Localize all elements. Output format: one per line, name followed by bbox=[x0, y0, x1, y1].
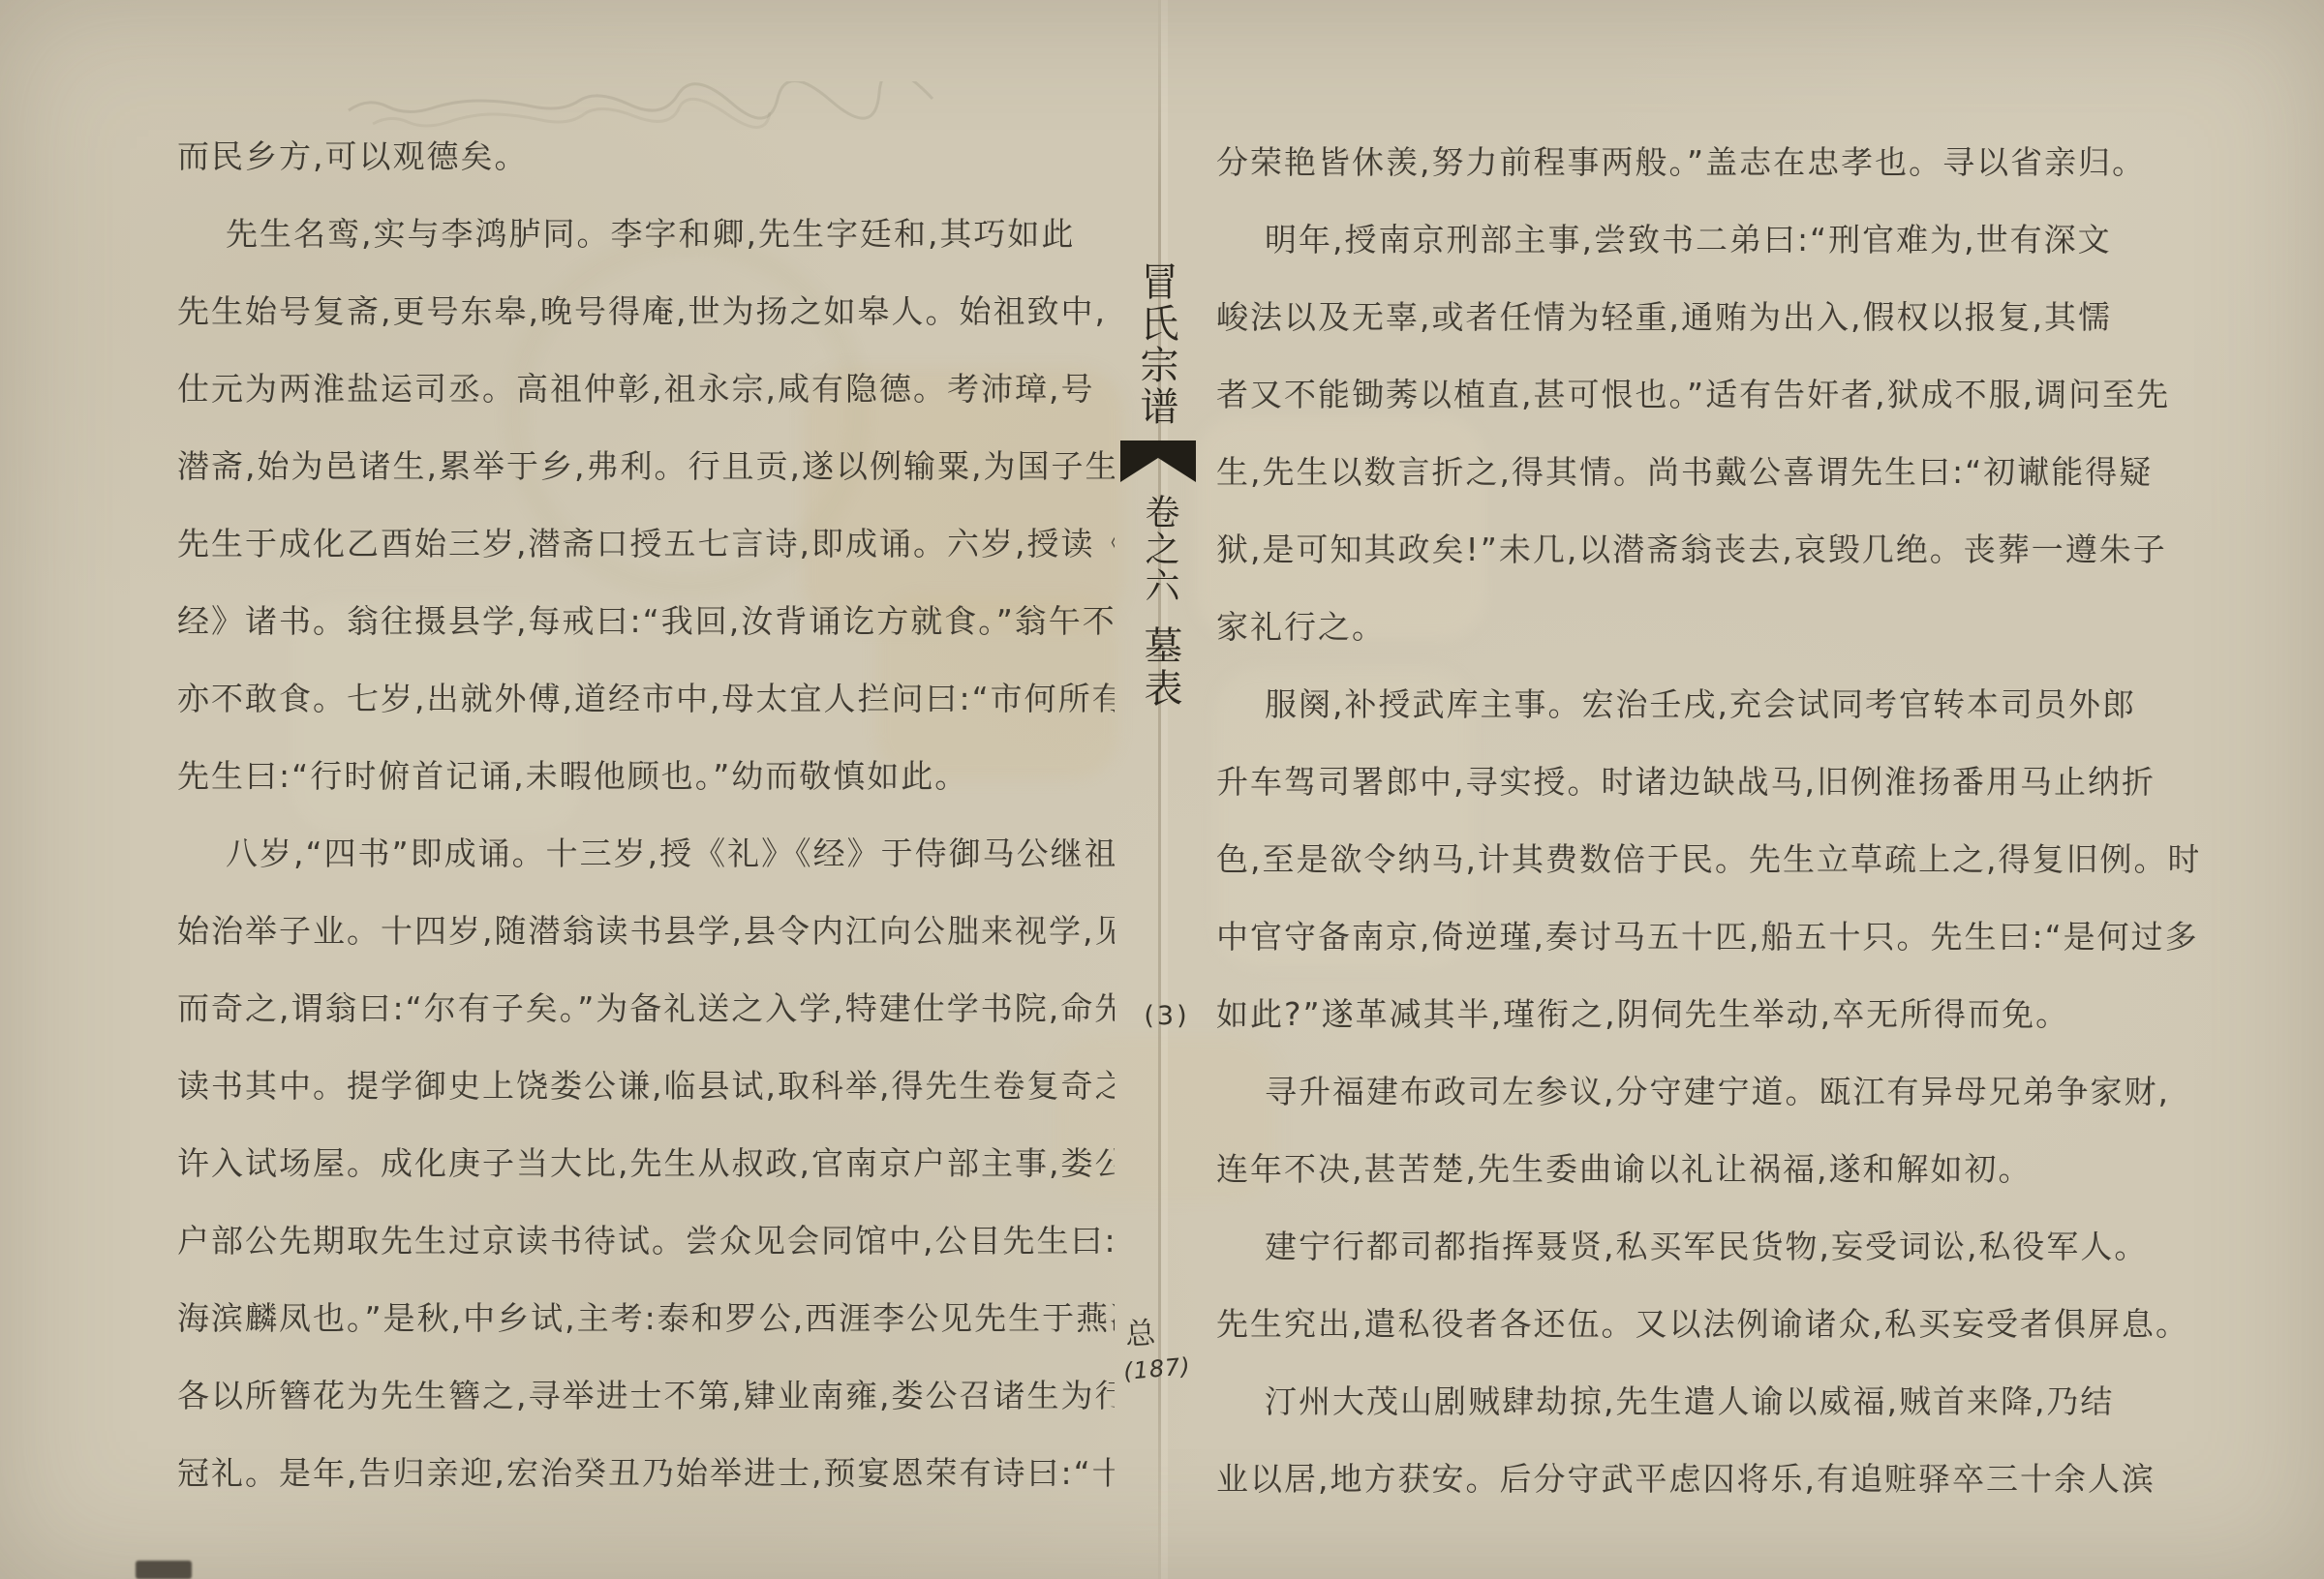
manuscript-line: 始治举子业。十四岁,随潜翁读书县学,县令内江向公朏来视学,见 bbox=[177, 893, 1115, 970]
manuscript-line: 先生究出,遣私役者各还伍。又以法例谕诸众,私买妄受者俱屏息。 bbox=[1216, 1286, 2198, 1363]
manuscript-line: 明年,授南京刑部主事,尝致书二弟曰:“刑官难为,世有深文 bbox=[1216, 201, 2198, 279]
manuscript-line: 海滨麟凤也。”是秋,中乡试,主考:泰和罗公,西涯李公见先生于燕次, bbox=[177, 1280, 1115, 1357]
manuscript-line: 经》诸书。翁往摄县学,每戒曰:“我回,汝背诵讫方就食。”翁午不回, bbox=[177, 583, 1115, 660]
manuscript-line: 如此?”遂革减其半,瑾衔之,阴伺先生举动,卒无所得而免。 bbox=[1216, 976, 2198, 1053]
manuscript-line: 中官守备南京,倚逆瑾,奏讨马五十匹,船五十只。先生曰:“是何过多 bbox=[1216, 898, 2198, 976]
manuscript-line: 冠礼。是年,告归亲迎,宏治癸丑乃始举进士,预宴恩荣有诗曰:“十 bbox=[177, 1435, 1115, 1512]
manuscript-line: 分荣艳皆休羡,努力前程事两般。”盖志在忠孝也。寻以省亲归。 bbox=[1216, 124, 2198, 201]
manuscript-line: 色,至是欲令纳马,计其费数倍于民。先生立草疏上之,得复旧例。时 bbox=[1216, 821, 2198, 898]
manuscript-line: 各以所簪花为先生簪之,寻举进士不第,肄业南雍,娄公召诸生为行 bbox=[177, 1357, 1115, 1435]
total-page-number: (187) bbox=[1103, 1351, 1211, 1386]
fold-seam-highlight bbox=[1161, 0, 1168, 1579]
manuscript-line: 先生名鸾,实与李鸿胪同。李字和卿,先生字廷和,其巧如此 bbox=[177, 196, 1115, 273]
manuscript-line: 先生曰:“行时俯首记诵,未暇他顾也。”幼而敬慎如此。 bbox=[177, 738, 1115, 815]
manuscript-line: 而奇之,谓翁曰:“尔有子矣。”为备礼送之入学,特建仕学书院,命先生 bbox=[177, 970, 1115, 1048]
fold-seam bbox=[1158, 0, 1161, 1579]
manuscript-line: 峻法以及无辜,或者任情为轻重,通贿为出入,假权以报复,其懦 bbox=[1216, 279, 2198, 356]
manuscript-line: 寻升福建布政司左参议,分守建宁道。瓯江有异母兄弟争家财, bbox=[1216, 1053, 2198, 1131]
section-label: 墓表 bbox=[1133, 625, 1188, 722]
manuscript-line: 者又不能锄莠以植直,甚可恨也。”适有告奸者,狱成不服,调问至先 bbox=[1216, 356, 2198, 434]
manuscript-line: 业以居,地方获安。后分守武平虑囚将乐,有追赃驿卒三十余人滨 bbox=[1216, 1441, 2198, 1518]
manuscript-line: 先生于成化乙酉始三岁,潜斋口授五七言诗,即成诵。六岁,授读《孝 bbox=[177, 505, 1115, 583]
volume-label: 卷之六 bbox=[1135, 494, 1184, 610]
manuscript-line: 仕元为两淮盐运司丞。高祖仲彰,祖永宗,咸有隐德。考沛璋,号 bbox=[177, 350, 1115, 428]
manuscript-line: 家礼行之。 bbox=[1216, 589, 2198, 666]
manuscript-line: 许入试场屋。成化庚子当大比,先生从叔政,官南京户部主事,娄公语 bbox=[177, 1125, 1115, 1202]
manuscript-line: 潜斋,始为邑诸生,累举于乡,弗利。行且贡,遂以例输粟,为国子生。 bbox=[177, 428, 1115, 505]
manuscript-line: 先生始号复斋,更号东皋,晚号得庵,世为扬之如皋人。始祖致中, bbox=[177, 273, 1115, 350]
manuscript-line: 建宁行都司都指挥聂贤,私买军民货物,妄受词讼,私役军人。 bbox=[1216, 1208, 2198, 1286]
scan-edge-smudge bbox=[136, 1561, 192, 1579]
manuscript-line: 而民乡方,可以观德矣。 bbox=[177, 118, 1115, 196]
total-page-prefix: 总 bbox=[1124, 1308, 1156, 1353]
manuscript-line: 狱,是可知其政矣!”未几,以潜斋翁丧去,哀毁几绝。丧葬一遵朱子 bbox=[1216, 511, 2198, 589]
manuscript-line: 生,先生以数言折之,得其情。尚书戴公喜谓先生曰:“初谳能得疑 bbox=[1216, 434, 2198, 511]
book-title: 冒氏宗谱 bbox=[1129, 261, 1184, 436]
right-page: 分荣艳皆休羡,努力前程事两般。”盖志在忠孝也。寻以省亲归。 明年,授南京刑部主事… bbox=[1216, 124, 2198, 1518]
manuscript-line: 亦不敢食。七岁,出就外傅,道经市中,母太宜人拦问曰:“市何所有?” bbox=[177, 660, 1115, 738]
manuscript-line: 八岁,“四书”即成诵。十三岁,授《礼》《经》于侍御马公继祖, bbox=[177, 815, 1115, 893]
genealogy-scan: 而民乡方,可以观德矣。 先生名鸾,实与李鸿胪同。李字和卿,先生字廷和,其巧如此 … bbox=[0, 0, 2324, 1579]
manuscript-line: 汀州大茂山剧贼肆劫掠,先生遣人谕以威福,贼首来降,乃结 bbox=[1216, 1363, 2198, 1441]
manuscript-line: 读书其中。提学御史上饶娄公谦,临县试,取科举,得先生卷复奇之, bbox=[177, 1048, 1115, 1125]
page-number: (3) bbox=[1114, 1001, 1220, 1031]
manuscript-line: 服阕,补授武库主事。宏治壬戌,充会试同考官转本司员外郎 bbox=[1216, 666, 2198, 744]
manuscript-line: 连年不决,甚苦楚,先生委曲谕以礼让祸福,遂和解如初。 bbox=[1216, 1131, 2198, 1208]
left-page: 而民乡方,可以观德矣。 先生名鸾,实与李鸿胪同。李字和卿,先生字廷和,其巧如此 … bbox=[177, 118, 1115, 1512]
manuscript-line: 户部公先期取先生过京读书待试。尝众见会同馆中,公目先生曰:“汝 bbox=[177, 1202, 1115, 1280]
manuscript-line: 升车驾司署郎中,寻实授。时诸边缺战马,旧例淮扬番用马止纳折 bbox=[1216, 744, 2198, 821]
